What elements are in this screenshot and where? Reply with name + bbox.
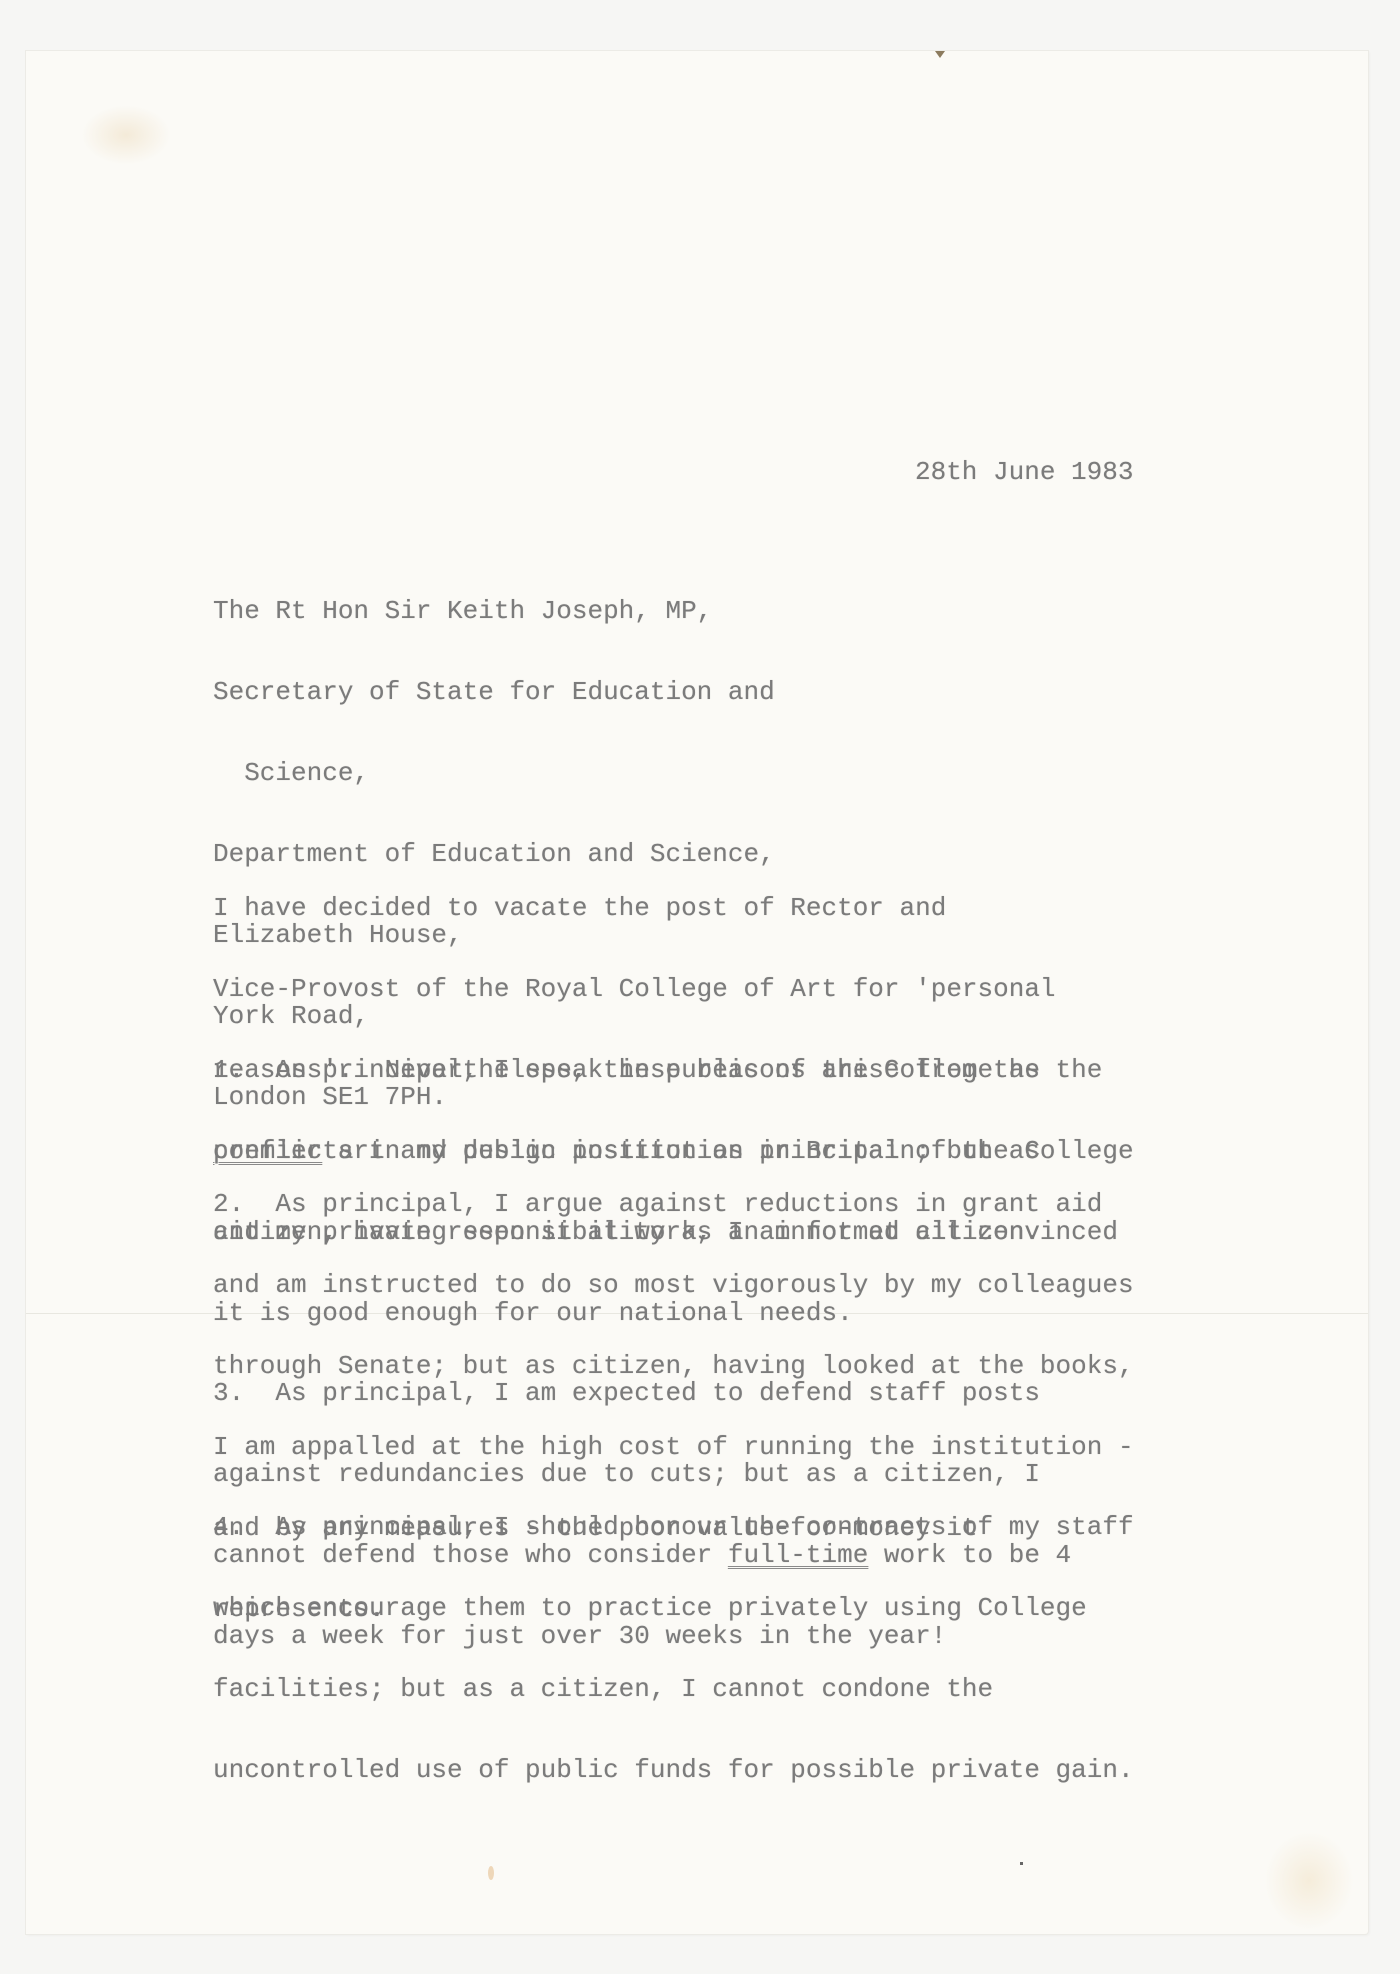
paragraph-line: I have decided to vacate the post of Rec… (213, 895, 1134, 922)
paper-mark (935, 51, 945, 58)
paragraph-line: Vice-Provost of the Royal College of Art… (213, 976, 1134, 1003)
paper-stain (1264, 1831, 1354, 1931)
paragraph-line: 3. As principal, I am expected to defend… (213, 1380, 1071, 1407)
paper-stain (488, 1866, 494, 1880)
paper-stain (81, 105, 171, 165)
letter-date: 28th June 1983 (915, 459, 1133, 486)
paragraph-line: facilities; but as a citizen, I cannot c… (213, 1676, 1134, 1703)
paragraph-line: 4. As principal, I should honour the con… (213, 1514, 1134, 1541)
paper-speck (1020, 1862, 1023, 1865)
paragraph-point-4: 4. As principal, I should honour the con… (213, 1460, 1134, 1811)
paragraph-line: uncontrolled use of public funds for pos… (213, 1757, 1134, 1784)
paragraph-line: which encourage them to practice private… (213, 1595, 1134, 1622)
address-line: Science, (213, 760, 775, 787)
address-line: Secretary of State for Education and (213, 679, 775, 706)
paragraph-line: 1. As principal, I speak in public of th… (213, 1057, 1118, 1084)
paragraph-line: and am instructed to do so most vigorous… (213, 1272, 1134, 1299)
address-line: The Rt Hon Sir Keith Joseph, MP, (213, 598, 775, 625)
paragraph-line: 2. As principal, I argue against reducti… (213, 1191, 1134, 1218)
